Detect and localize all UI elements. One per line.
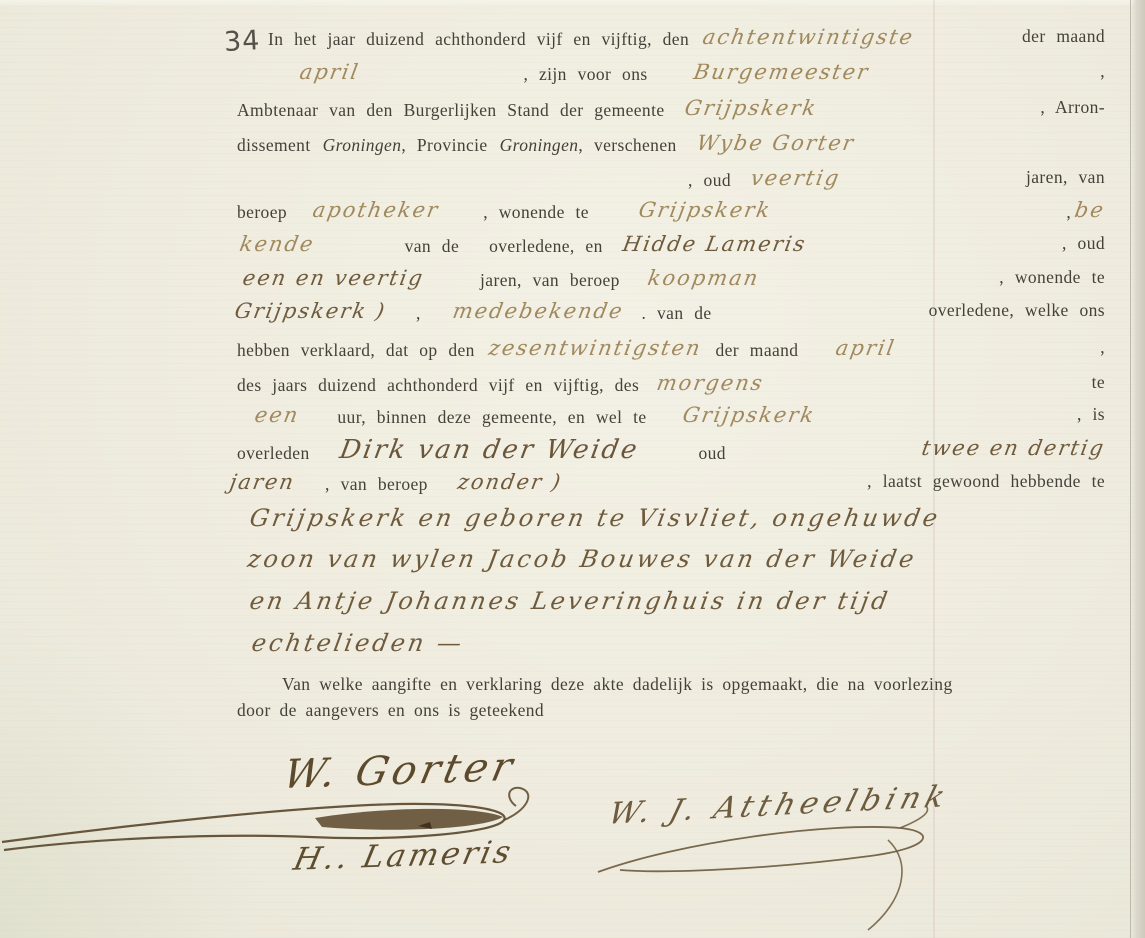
printed-text: , xyxy=(1100,61,1105,82)
handwritten-entry-overledene-naam: Dirk van der Weide xyxy=(337,435,641,465)
handwritten-entry-plaats: Grijpskerk xyxy=(680,403,816,427)
akte-line-16: zoon van wylen Jacob Bouwes van der Weid… xyxy=(248,546,916,576)
printed-text: der maand xyxy=(715,340,798,361)
printed-text: , is xyxy=(1077,404,1105,425)
handwritten-entry-official-title: Burgemeester xyxy=(691,60,871,84)
printed-text: , laatst gewoond hebbende te xyxy=(867,471,1105,492)
akte-line-3: Ambtenaar van den Burgerlijken Stand der… xyxy=(237,97,1105,127)
record-number: 34 xyxy=(223,25,261,58)
akte-line-6: beroep apotheker , wonende te Grijpskerk… xyxy=(237,199,1105,229)
akte-line-17: en Antje Johannes Leveringhuis in der ti… xyxy=(250,588,890,618)
printed-text: Ambtenaar van den Burgerlijken Stand der… xyxy=(237,100,665,120)
printed-text: door de aangevers en ons is geteekend xyxy=(237,700,544,720)
handwritten-entry-moeder: en Antje Johannes Leveringhuis in der ti… xyxy=(248,587,893,615)
printed-text: , van beroep xyxy=(325,474,428,495)
akte-line-18: echtelieden — xyxy=(252,630,464,660)
printed-text: overledene, en xyxy=(489,236,603,257)
akte-line-7: kende van de overledene, en Hidde Lameri… xyxy=(240,233,1105,263)
handwritten-entry-dagdeel: morgens xyxy=(655,371,766,395)
handwritten-entry: be xyxy=(1073,198,1107,222)
printed-text: , xyxy=(416,303,421,324)
akte-line-15: Grijpskerk en geboren te Visvliet, ongeh… xyxy=(250,505,940,535)
printed-text: , oud xyxy=(688,170,731,190)
printed-text: dissement xyxy=(237,135,311,155)
akte-line-14: jaren , van beroep zonder ) , laatst gew… xyxy=(230,471,1105,501)
printed-text: , xyxy=(1066,202,1071,222)
handwritten-entry-geboorteplaats: Grijpskerk en geboren te Visvliet, ongeh… xyxy=(248,504,943,532)
printed-text: . van de xyxy=(641,303,711,324)
printed-text: jaren, van beroep xyxy=(480,270,620,291)
printed-text: , xyxy=(1100,337,1105,358)
akte-line-1: In het jaar duizend achthonderd vijf en … xyxy=(268,26,1105,56)
akte-line-8: een en veertig jaren, van beroep koopman… xyxy=(243,267,1105,297)
printed-text: , Provincie xyxy=(401,135,487,155)
printed-italic-text: Groningen xyxy=(323,135,402,156)
handwritten-entry-woonplaats: Grijpskerk ) xyxy=(233,299,388,323)
printed-italic-text: Groningen xyxy=(500,135,579,156)
handwritten-entry-declarant1-beroep: apotheker xyxy=(311,198,441,222)
akte-line-9: Grijpskerk ) , medebekende . van de over… xyxy=(235,300,1105,330)
akte-line-4: dissement Groningen, Provincie Groningen… xyxy=(237,132,1105,162)
akte-line-13: overleden Dirk van der Weide oud twee en… xyxy=(237,436,1105,466)
printed-text: , verschenen xyxy=(578,135,676,155)
death-record-scan: 34 In het jaar duizend achthonderd vijf … xyxy=(0,0,1145,938)
printed-text: hebben verklaard, dat op den xyxy=(237,340,475,360)
printed-text: jaren, van xyxy=(1026,167,1105,188)
printed-text: overleden xyxy=(237,443,310,463)
printed-text: In het jaar duizend achthonderd vijf en … xyxy=(268,29,689,49)
handwritten-entry-declarant1-name: Wybe Gorter xyxy=(695,131,857,155)
handwritten-entry-death-month: april xyxy=(834,336,898,360)
printed-text: beroep xyxy=(237,202,287,222)
scan-top-edge xyxy=(0,0,1145,7)
akte-line-12: een uur, binnen deze gemeente, en wel te… xyxy=(255,404,1105,434)
handwritten-entry-overledene-beroep: zonder ) xyxy=(456,470,564,494)
handwritten-entry: kende xyxy=(238,232,317,256)
printed-text: uur, binnen deze gemeente, en wel te xyxy=(337,407,646,428)
printed-text: te xyxy=(1092,372,1105,393)
handwritten-entry-gemeente: Grijpskerk xyxy=(682,96,818,120)
handwritten-entry: medebekende xyxy=(451,299,626,323)
printed-text: , oud xyxy=(1062,233,1105,254)
printed-text: , Arron- xyxy=(1040,97,1105,118)
akte-closing-2: door de aangevers en ons is geteekend xyxy=(237,700,544,730)
signature-declarant1: W. Gorter xyxy=(279,744,520,798)
handwritten-entry-uur: een xyxy=(253,403,302,427)
printed-text: , wonende te xyxy=(999,267,1105,288)
printed-text: , wonende te xyxy=(483,202,589,223)
handwritten-entry-declarant1-age: veertig xyxy=(749,166,843,190)
handwritten-entry-woonplaats: Grijpskerk xyxy=(637,198,773,222)
akte-line-10: hebben verklaard, dat op den zesentwinti… xyxy=(237,337,1105,367)
handwritten-entry-overledene-leeftijd: twee en dertig xyxy=(920,436,1107,460)
printed-text: overledene, welke ons xyxy=(929,300,1105,321)
signature-official: W. J. Attheelbink xyxy=(605,779,954,831)
printed-text: Van welke aangifte en verklaring deze ak… xyxy=(282,674,953,694)
scan-right-edge xyxy=(1130,0,1145,938)
handwritten-entry-echtelieden: echtelieden — xyxy=(250,629,467,657)
paper-stain xyxy=(0,618,260,938)
printed-text: van de xyxy=(405,236,460,257)
akte-line-5: , oud veertig jaren, van xyxy=(688,167,1105,197)
handwritten-entry-declarant2-name: Hidde Lameris xyxy=(621,232,809,256)
line-end-group: , be xyxy=(1066,199,1105,223)
handwritten-entry: jaren xyxy=(228,470,297,494)
signature-declarant2: H.. Lameris xyxy=(290,834,517,878)
printed-text: , zijn voor ons xyxy=(523,64,647,85)
akte-line-2: april , zijn voor ons Burgemeester , xyxy=(300,61,1105,91)
handwritten-entry-declarant2-beroep: koopman xyxy=(646,266,762,290)
handwritten-entry-month: april xyxy=(298,60,362,84)
printed-text: des jaars duizend achthonderd vijf en vi… xyxy=(237,375,639,395)
handwritten-entry-death-day: zesentwintigsten xyxy=(487,336,704,360)
printed-text: oud xyxy=(698,443,725,464)
handwritten-entry-vader: zoon van wylen Jacob Bouwes van der Weid… xyxy=(246,545,919,573)
handwritten-entry-date-day: achtentwintigste xyxy=(701,25,916,49)
akte-line-11: des jaars duizend achthonderd vijf en vi… xyxy=(237,372,1105,402)
handwritten-entry-declarant2-age: een en veertig xyxy=(241,266,426,290)
printed-text: der maand xyxy=(1022,26,1105,47)
